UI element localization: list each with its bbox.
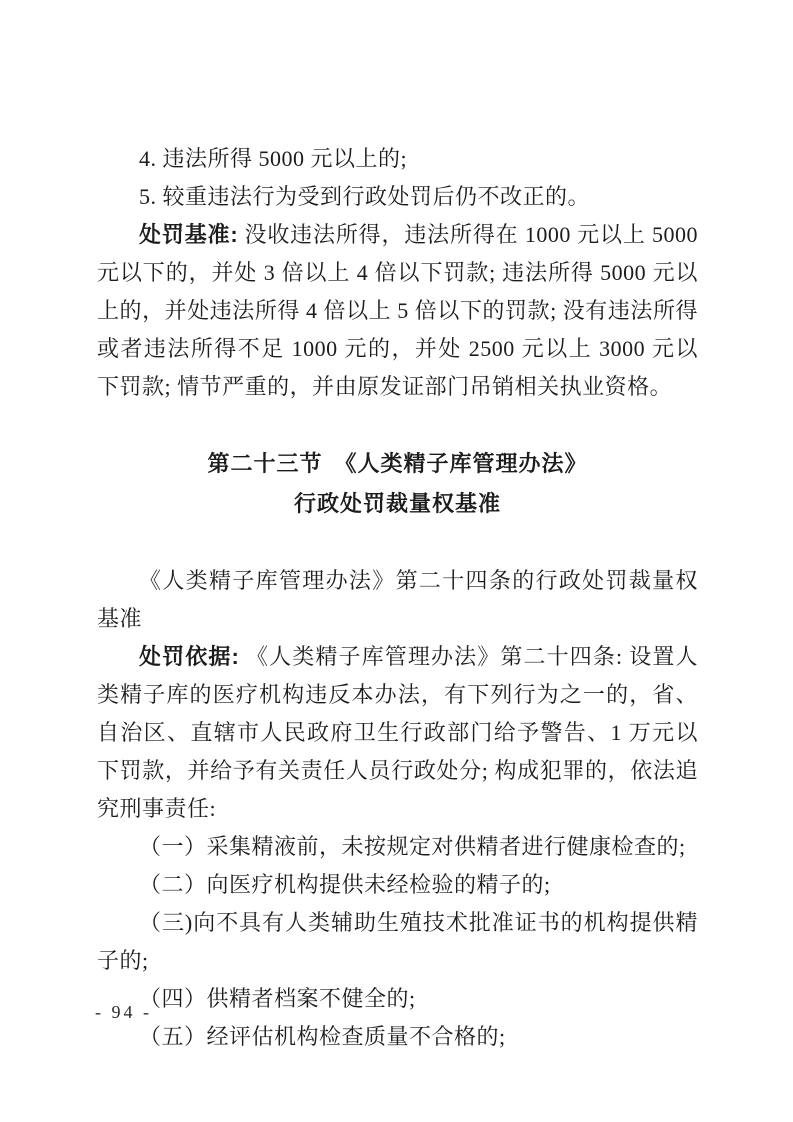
clause-item-4: （四）供精者档案不健全的;: [97, 980, 698, 1018]
list-item-5: 5. 较重违法行为受到行政处罚后仍不改正的。: [97, 178, 698, 216]
section-heading: 第二十三节 《人类精子库管理办法》 行政处罚裁量权基准: [97, 444, 698, 524]
list-item-4: 4. 违法所得 5000 元以上的;: [97, 140, 698, 178]
penalty-basis-label: 处罚依据:: [139, 644, 239, 669]
clause-item-1: （一）采集精液前，未按规定对供精者进行健康检查的;: [97, 828, 698, 866]
page-number: - 94 -: [95, 1000, 152, 1024]
penalty-standard-label: 处罚基准:: [139, 222, 238, 247]
penalty-standard-text: 没收违法所得，违法所得在 1000 元以上 5000 元以下的，并处 3 倍以上…: [97, 222, 698, 399]
clause-item-5: （五）经评估机构检查质量不合格的;: [97, 1018, 698, 1056]
penalty-standard-paragraph: 处罚基准: 没收违法所得，违法所得在 1000 元以上 5000 元以下的，并处…: [97, 216, 698, 406]
subsection-title: 《人类精子库管理办法》第二十四条的行政处罚裁量权基准: [97, 562, 698, 638]
section-heading-line1: 第二十三节 《人类精子库管理办法》: [97, 444, 698, 484]
section-heading-line2: 行政处罚裁量权基准: [97, 484, 698, 524]
clause-item-3: （三)向不具有人类辅助生殖技术批准证书的机构提供精子的;: [97, 904, 698, 980]
penalty-basis-paragraph: 处罚依据: 《人类精子库管理办法》第二十四条: 设置人类精子库的医疗机构违反本办…: [97, 638, 698, 828]
document-page: 4. 违法所得 5000 元以上的; 5. 较重违法行为受到行政处罚后仍不改正的…: [0, 0, 793, 1122]
document-content: 4. 违法所得 5000 元以上的; 5. 较重违法行为受到行政处罚后仍不改正的…: [97, 0, 698, 1056]
penalty-basis-text: 《人类精子库管理办法》第二十四条: 设置人类精子库的医疗机构违反本办法，有下列行…: [97, 644, 698, 821]
clause-item-2: （二）向医疗机构提供未经检验的精子的;: [97, 866, 698, 904]
